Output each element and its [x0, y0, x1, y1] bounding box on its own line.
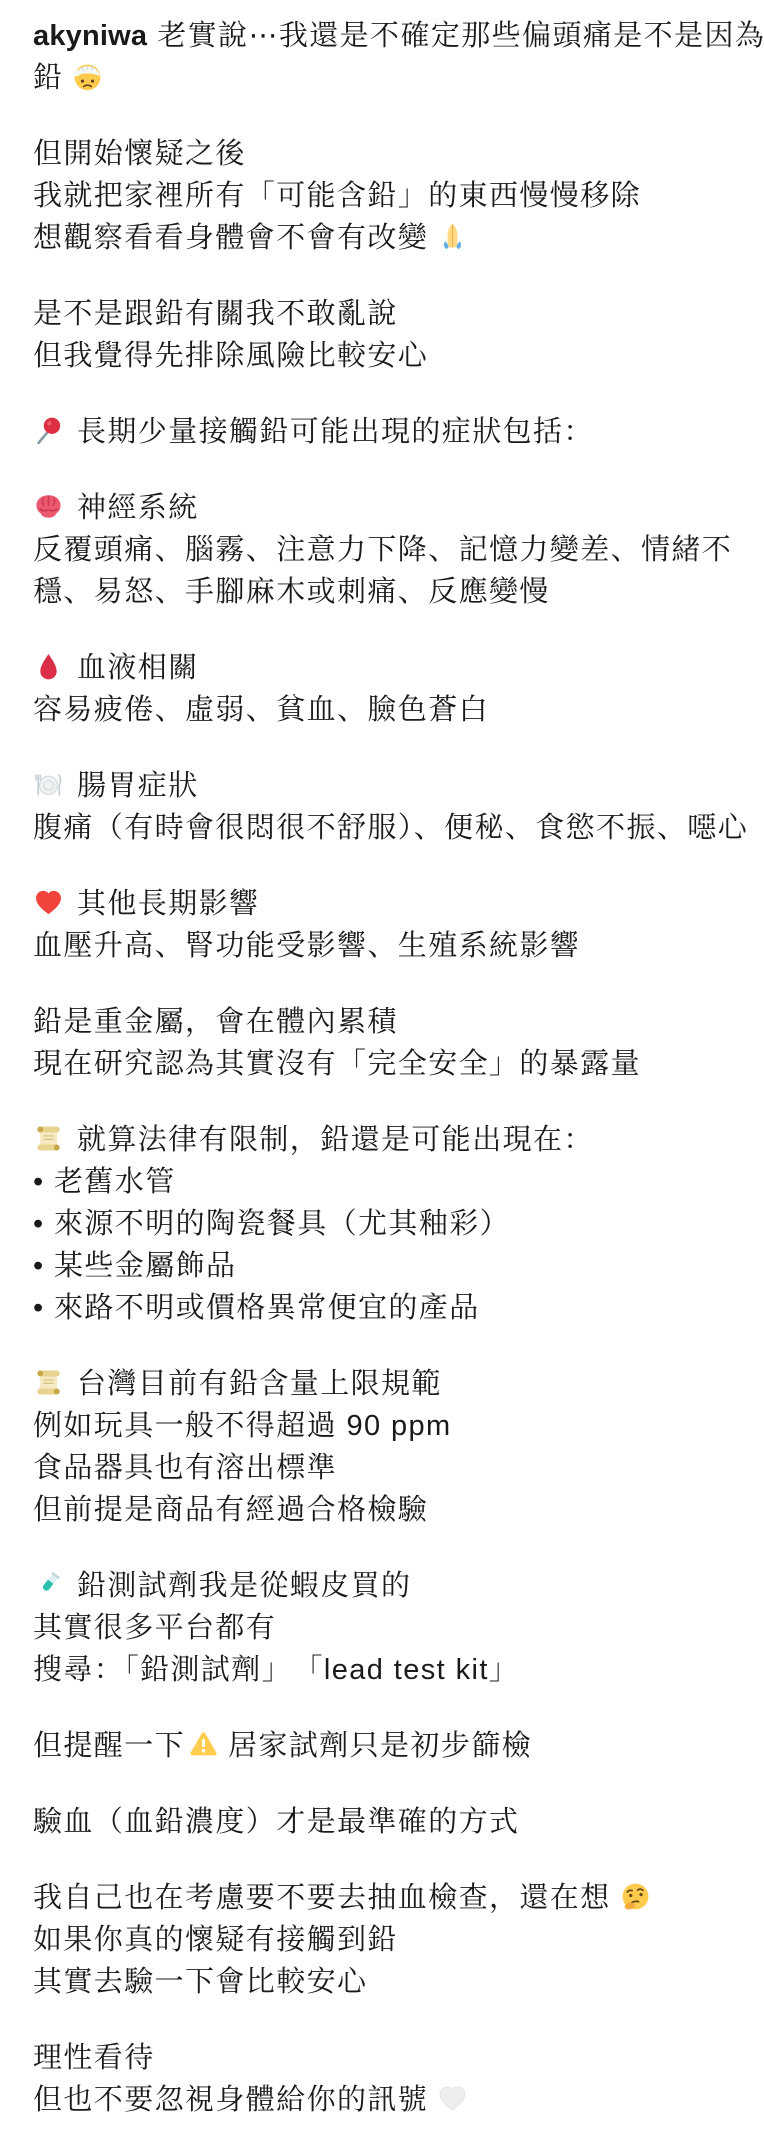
caption-text: 鉛: [33, 62, 63, 94]
caption-line: 其實很多平台都有: [33, 1607, 736, 1649]
caption-paragraph: 血液相關 容易疲倦、虛弱、貧血、臉色蒼白: [33, 647, 736, 731]
caption-text: 驗血（血鉛濃度）才是最準確的方式: [33, 1806, 519, 1838]
caption-text: 血壓升高、腎功能受影響、生殖系統影響: [33, 930, 580, 962]
caption-line: 想觀察看看身體會不會有改變: [33, 217, 736, 259]
caption-line: 是不是跟鉛有關我不敢亂說: [33, 293, 736, 335]
caption-line: 長期少量接觸鉛可能出現的症狀包括：: [33, 411, 736, 453]
caption-text: 老實說⋯我還是不確定那些偏頭痛是不是因為: [157, 20, 764, 52]
red-heart-emoji: [33, 887, 64, 918]
caption-text: 長期少量接觸鉛可能出現的症狀包括：: [77, 416, 594, 448]
caption-text: • 某些金屬飾品: [33, 1250, 236, 1282]
thinking-face-emoji: [620, 1881, 651, 1912]
caption-paragraph: 我自己也在考慮要不要去抽血檢查，還在想 如果你真的懷疑有接觸到鉛 其實去驗一下會…: [33, 1877, 736, 2003]
face-with-head-bandage-emoji: [72, 61, 103, 92]
caption-text: 反覆頭痛、腦霧、注意力下降、記憶力變差、情緒不: [33, 534, 732, 566]
caption-line: 但也不要忽視身體給你的訊號: [33, 2079, 736, 2121]
caption-line: 血壓升高、腎功能受影響、生殖系統影響: [33, 925, 736, 967]
caption-text: 血液相關: [77, 652, 199, 684]
caption-line: 理性看待: [33, 2037, 736, 2079]
caption-line: 如果你真的懷疑有接觸到鉛: [33, 1919, 736, 1961]
post-caption: akyniwa老實說⋯我還是不確定那些偏頭痛是不是因為 鉛 但開始懷疑之後 我就…: [0, 0, 764, 2121]
caption-line: 驗血（血鉛濃度）才是最準確的方式: [33, 1801, 736, 1843]
caption-line: akyniwa老實說⋯我還是不確定那些偏頭痛是不是因為: [33, 15, 736, 57]
caption-line: 但開始懷疑之後: [33, 133, 736, 175]
caption-paragraph: 理性看待 但也不要忽視身體給你的訊號: [33, 2037, 736, 2121]
caption-line: 鉛: [33, 57, 736, 99]
fork-knife-plate-emoji: [33, 769, 64, 800]
caption-line: • 某些金屬飾品: [33, 1245, 736, 1287]
caption-paragraph: 是不是跟鉛有關我不敢亂說 但我覺得先排除風險比較安心: [33, 293, 736, 377]
caption-paragraph: 腸胃症狀 腹痛（有時會很悶很不舒服）、便秘、食慾不振、噁心: [33, 765, 736, 849]
caption-text: 鉛測試劑我是從蝦皮買的: [77, 1570, 411, 1602]
caption-line: 腸胃症狀: [33, 765, 736, 807]
caption-line: 其實去驗一下會比較安心: [33, 1961, 736, 2003]
caption-line: 腹痛（有時會很悶很不舒服）、便秘、食慾不振、噁心: [33, 807, 736, 849]
username[interactable]: akyniwa: [33, 20, 147, 52]
white-heart-emoji: [437, 2083, 468, 2114]
caption-paragraph: 長期少量接觸鉛可能出現的症狀包括：: [33, 411, 736, 453]
caption-text: 鉛是重金屬，會在體內累積: [33, 1006, 398, 1038]
caption-line: 搜尋：「鉛測試劑」 「lead test kit」: [33, 1649, 736, 1691]
caption-line: • 老舊水管: [33, 1161, 736, 1203]
brain-emoji: [33, 491, 64, 522]
caption-paragraph: 但提醒一下居家試劑只是初步篩檢: [33, 1725, 736, 1767]
caption-paragraph: 就算法律有限制，鉛還是可能出現在： • 老舊水管 • 來源不明的陶瓷餐具（尤其釉…: [33, 1119, 736, 1329]
caption-text: 就算法律有限制，鉛還是可能出現在：: [77, 1124, 594, 1156]
caption-paragraph: 鉛測試劑我是從蝦皮買的 其實很多平台都有 搜尋：「鉛測試劑」 「lead tes…: [33, 1565, 736, 1691]
caption-line: 食品器具也有溶出標準: [33, 1447, 736, 1489]
caption-paragraph: 神經系統 反覆頭痛、腦霧、注意力下降、記憶力變差、情緒不 穩、易怒、手腳麻木或刺…: [33, 487, 736, 613]
caption-line: 血液相關: [33, 647, 736, 689]
caption-text: 但我覺得先排除風險比較安心: [33, 340, 428, 372]
caption-text: 其實很多平台都有: [33, 1612, 276, 1644]
caption-paragraph: 台灣目前有鉛含量上限規範 例如玩具一般不得超過 90 ppm 食品器具也有溶出標…: [33, 1363, 736, 1531]
caption-text: 神經系統: [77, 492, 199, 524]
caption-line: 但前提是商品有經過合格檢驗: [33, 1489, 736, 1531]
caption-line: • 來路不明或價格異常便宜的產品: [33, 1287, 736, 1329]
caption-text: 穩、易怒、手腳麻木或刺痛、反應變慢: [33, 576, 550, 608]
folded-hands-emoji: [437, 221, 468, 252]
caption-text: 居家試劑只是初步篩檢: [228, 1730, 532, 1762]
caption-text: 但也不要忽視身體給你的訊號: [33, 2084, 428, 2116]
caption-text: 現在研究認為其實沒有「完全安全」的暴露量: [33, 1048, 641, 1080]
caption-text: • 來源不明的陶瓷餐具（尤其釉彩）: [33, 1208, 510, 1240]
caption-line: 神經系統: [33, 487, 736, 529]
caption-text: 搜尋：「鉛測試劑」 「lead test kit」: [33, 1654, 519, 1686]
caption-line: 穩、易怒、手腳麻木或刺痛、反應變慢: [33, 571, 736, 613]
caption-line: 容易疲倦、虛弱、貧血、臉色蒼白: [33, 689, 736, 731]
caption-text: 台灣目前有鉛含量上限規範: [77, 1368, 442, 1400]
caption-line: 台灣目前有鉛含量上限規範: [33, 1363, 736, 1405]
scroll-emoji: [33, 1367, 64, 1398]
caption-text: 但提醒一下: [33, 1730, 185, 1762]
test-tube-emoji: [33, 1569, 64, 1600]
caption-line: 但我覺得先排除風險比較安心: [33, 335, 736, 377]
caption-text: 我自己也在考慮要不要去抽血檢查，還在想: [33, 1882, 611, 1914]
caption-text: • 來路不明或價格異常便宜的產品: [33, 1292, 480, 1324]
caption-line: 我自己也在考慮要不要去抽血檢查，還在想: [33, 1877, 736, 1919]
caption-paragraph: 但開始懷疑之後 我就把家裡所有「可能含鉛」的東西慢慢移除 想觀察看看身體會不會有…: [33, 133, 736, 259]
caption-line: 現在研究認為其實沒有「完全安全」的暴露量: [33, 1043, 736, 1085]
caption-line: 鉛是重金屬，會在體內累積: [33, 1001, 736, 1043]
scroll-emoji: [33, 1123, 64, 1154]
caption-line: 鉛測試劑我是從蝦皮買的: [33, 1565, 736, 1607]
caption-text: • 老舊水管: [33, 1166, 176, 1198]
drop-of-blood-emoji: [33, 651, 64, 682]
caption-line: 我就把家裡所有「可能含鉛」的東西慢慢移除: [33, 175, 736, 217]
caption-paragraph: 其他長期影響 血壓升高、腎功能受影響、生殖系統影響: [33, 883, 736, 967]
caption-text: 腹痛（有時會很悶很不舒服）、便秘、食慾不振、噁心: [33, 812, 748, 844]
caption-text: 想觀察看看身體會不會有改變: [33, 222, 428, 254]
caption-text: 我就把家裡所有「可能含鉛」的東西慢慢移除: [33, 180, 641, 212]
caption-line: 就算法律有限制，鉛還是可能出現在：: [33, 1119, 736, 1161]
caption-text: 腸胃症狀: [77, 770, 199, 802]
caption-line: 其他長期影響: [33, 883, 736, 925]
caption-line: 反覆頭痛、腦霧、注意力下降、記憶力變差、情緒不: [33, 529, 736, 571]
caption-line: 但提醒一下居家試劑只是初步篩檢: [33, 1725, 736, 1767]
warning-emoji: [188, 1729, 219, 1760]
caption-paragraph: akyniwa老實說⋯我還是不確定那些偏頭痛是不是因為 鉛: [33, 15, 736, 99]
caption-text: 但開始懷疑之後: [33, 138, 246, 170]
caption-paragraph: 鉛是重金屬，會在體內累積 現在研究認為其實沒有「完全安全」的暴露量: [33, 1001, 736, 1085]
caption-text: 如果你真的懷疑有接觸到鉛: [33, 1924, 398, 1956]
caption-text: 容易疲倦、虛弱、貧血、臉色蒼白: [33, 694, 489, 726]
caption-text: 但前提是商品有經過合格檢驗: [33, 1494, 428, 1526]
pushpin-emoji: [33, 415, 64, 446]
caption-line: 例如玩具一般不得超過 90 ppm: [33, 1405, 736, 1447]
caption-text: 例如玩具一般不得超過 90 ppm: [33, 1410, 452, 1442]
caption-line: • 來源不明的陶瓷餐具（尤其釉彩）: [33, 1203, 736, 1245]
caption-text: 理性看待: [33, 2042, 155, 2074]
caption-text: 其他長期影響: [77, 888, 259, 920]
caption-text: 是不是跟鉛有關我不敢亂說: [33, 298, 398, 330]
caption-text: 食品器具也有溶出標準: [33, 1452, 337, 1484]
caption-text: 其實去驗一下會比較安心: [33, 1966, 367, 1998]
caption-paragraph: 驗血（血鉛濃度）才是最準確的方式: [33, 1801, 736, 1843]
